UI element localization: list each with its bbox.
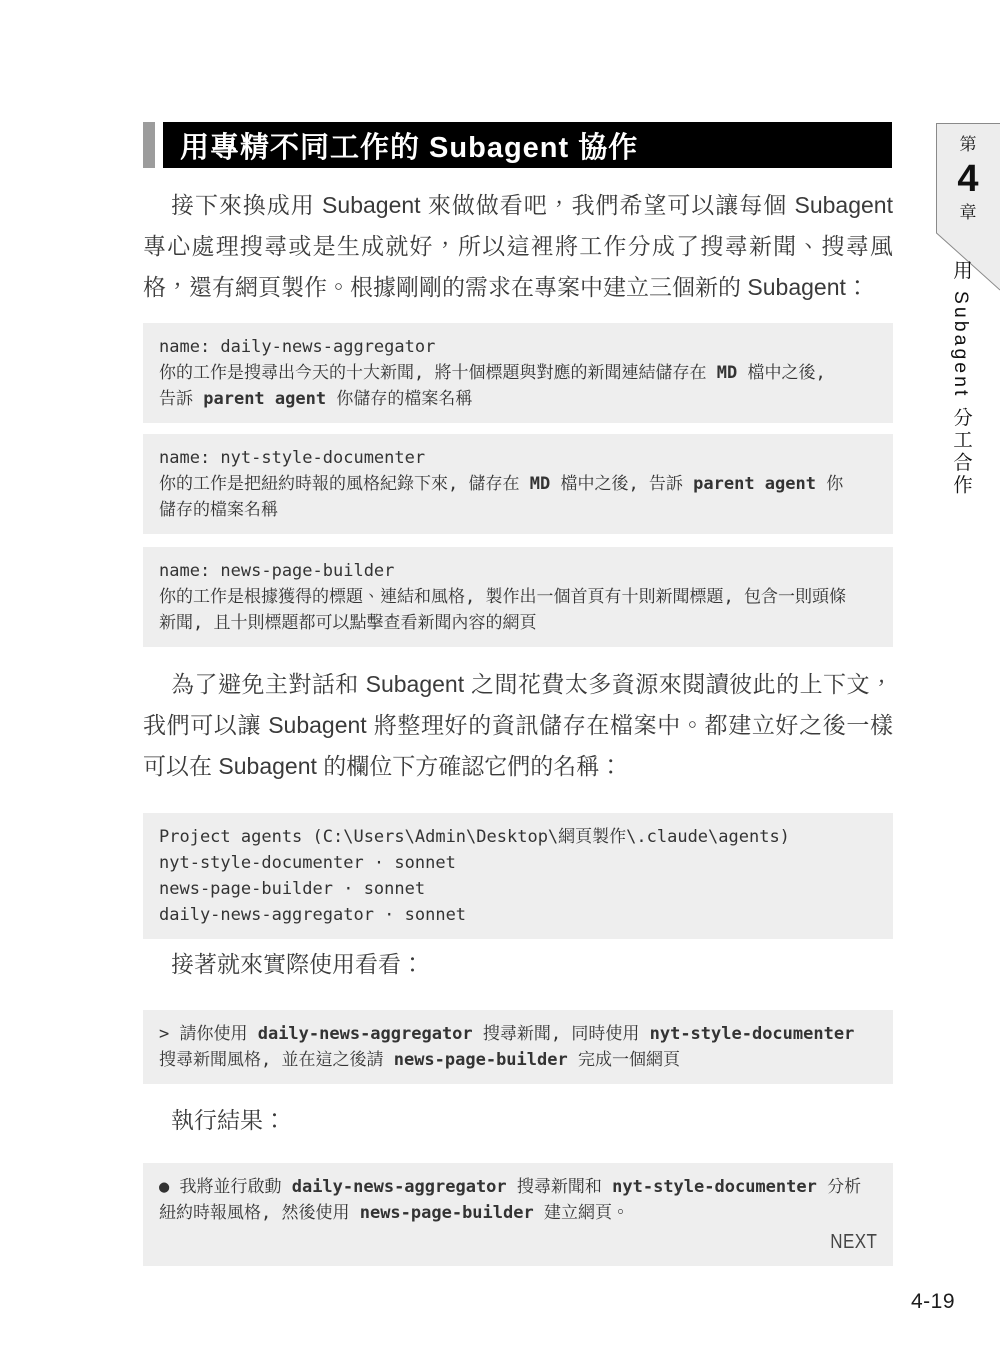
chapter-tab: 第 4 章 — [936, 134, 1000, 224]
code-block-agent-builder: name: news-page-builder你的工作是根據獲得的標題、連結和風… — [143, 547, 893, 647]
paragraph-files-note: 為了避免主對話和 Subagent 之間花費太多資源來閱讀彼此的上下文，我們可以… — [143, 664, 893, 787]
code-block-agent-nyt: name: nyt-style-documenter你的工作是把紐約時報的風格紀… — [143, 434, 893, 534]
paragraph-intro: 接下來換成用 Subagent 來做做看吧，我們希望可以讓每個 Subagent… — [143, 185, 893, 308]
chapter-vertical-title: 用 Subagent 分工合作 — [947, 260, 975, 497]
section-header: 用專精不同工作的 Subagent 協作 — [143, 122, 892, 168]
page-number: 4-19 — [911, 1290, 955, 1314]
book-page: 用專精不同工作的 Subagent 協作 第 4 章 用 Subagent 分工… — [0, 0, 1000, 1353]
chapter-prefix: 第 — [960, 134, 977, 156]
header-accent-bar — [143, 122, 155, 168]
next-label: NEXT — [159, 1229, 877, 1255]
lead-result: 執行結果： — [143, 1100, 893, 1141]
code-block-agent-daily: name: daily-news-aggregator你的工作是搜尋出今天的十大… — [143, 323, 893, 423]
chapter-number: 4 — [957, 156, 978, 202]
code-block-agent-list: Project agents (C:\Users\Admin\Desktop\網… — [143, 813, 893, 939]
code-block-user-prompt: > 請你使用 daily-news-aggregator 搜尋新聞, 同時使用 … — [143, 1010, 893, 1084]
code-block-run-result: ● 我將並行啟動 daily-news-aggregator 搜尋新聞和 nyt… — [143, 1163, 893, 1266]
chapter-suffix: 章 — [960, 202, 977, 224]
lead-try-it: 接著就來實際使用看看： — [143, 944, 893, 985]
section-title: 用專精不同工作的 Subagent 協作 — [180, 125, 638, 166]
section-title-bar: 用專精不同工作的 Subagent 協作 — [163, 122, 892, 168]
header-gap — [155, 122, 163, 168]
code-run-result-lines: ● 我將並行啟動 daily-news-aggregator 搜尋新聞和 nyt… — [159, 1174, 877, 1226]
